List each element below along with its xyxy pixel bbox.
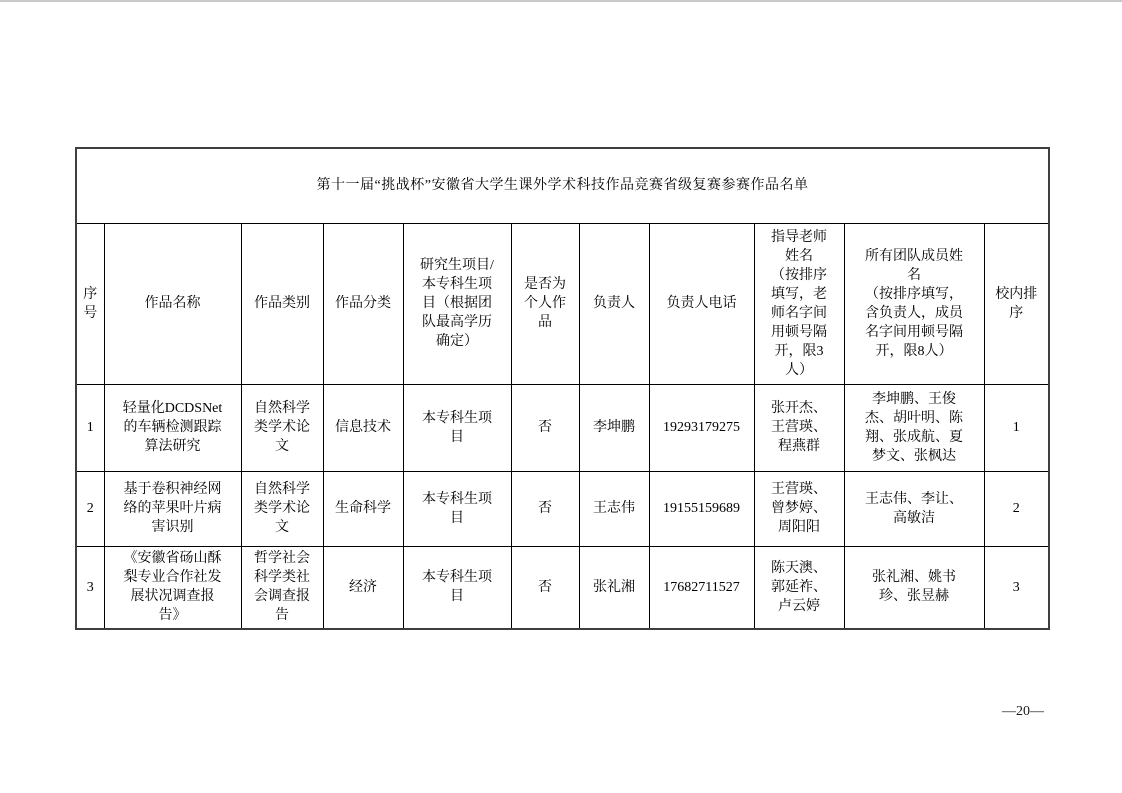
table-row: 1 轻量化DCDSNet的车辆检测跟踪算法研究 自然科学类学术论文 信息技术 本… — [76, 384, 1049, 471]
page-top-divider — [0, 0, 1122, 2]
col-header-individual: 是否为个人作品 — [511, 223, 579, 384]
table-row: 3 《安徽省砀山酥梨专业合作社发展状况调查报告》 哲学社会科学类社会调查报告 经… — [76, 546, 1049, 629]
cell-work-category: 哲学社会科学类社会调查报告 — [241, 546, 323, 629]
col-header-work-category: 作品类别 — [241, 223, 323, 384]
cell-leader-phone: 19293179275 — [649, 384, 754, 471]
cell-members: 李坤鹏、王俊杰、胡叶明、陈翔、张成航、夏梦文、张枫达 — [844, 384, 984, 471]
col-header-advisors: 指导老师姓名 （按排序填写，老师名字间用顿号隔开，限3人） — [754, 223, 844, 384]
cell-project-type: 本专科生项目 — [403, 384, 511, 471]
cell-members: 张礼湘、姚书珍、张昱赫 — [844, 546, 984, 629]
cell-work-name: 轻量化DCDSNet的车辆检测跟踪算法研究 — [104, 384, 241, 471]
cell-members: 王志伟、李让、高敏洁 — [844, 471, 984, 546]
cell-leader: 王志伟 — [579, 471, 649, 546]
cell-leader: 张礼湘 — [579, 546, 649, 629]
col-header-members: 所有团队成员姓名 （按排序填写，含负责人，成员名字间用顿号隔开，限8人） — [844, 223, 984, 384]
col-header-leader-phone: 负责人电话 — [649, 223, 754, 384]
cell-work-name: 《安徽省砀山酥梨专业合作社发展状况调查报告》 — [104, 546, 241, 629]
cell-advisors: 陈天澳、郭延祚、卢云婷 — [754, 546, 844, 629]
cell-seq: 2 — [76, 471, 104, 546]
cell-advisors: 王营瑛、曾梦婷、周阳阳 — [754, 471, 844, 546]
col-header-work-class: 作品分类 — [323, 223, 403, 384]
cell-work-category: 自然科学类学术论文 — [241, 384, 323, 471]
col-header-seq: 序号 — [76, 223, 104, 384]
cell-project-type: 本专科生项目 — [403, 471, 511, 546]
cell-leader-phone: 17682711527 — [649, 546, 754, 629]
col-header-campus-rank: 校内排序 — [984, 223, 1049, 384]
cell-individual: 否 — [511, 384, 579, 471]
cell-work-class: 生命科学 — [323, 471, 403, 546]
document-page: 第十一届“挑战杯”安徽省大学生课外学术科技作品竞赛省级复赛参赛作品名单 序号 作… — [0, 0, 1122, 793]
cell-seq: 1 — [76, 384, 104, 471]
col-header-project-type: 研究生项目/本专科生项目（根据团队最高学历确定） — [403, 223, 511, 384]
cell-campus-rank: 1 — [984, 384, 1049, 471]
cell-leader: 李坤鹏 — [579, 384, 649, 471]
cell-campus-rank: 3 — [984, 546, 1049, 629]
cell-work-category: 自然科学类学术论文 — [241, 471, 323, 546]
table-row: 2 基于卷积神经网络的苹果叶片病害识别 自然科学类学术论文 生命科学 本专科生项… — [76, 471, 1049, 546]
cell-campus-rank: 2 — [984, 471, 1049, 546]
cell-advisors: 张开杰、王营瑛、程燕群 — [754, 384, 844, 471]
cell-work-name: 基于卷积神经网络的苹果叶片病害识别 — [104, 471, 241, 546]
col-header-work-name: 作品名称 — [104, 223, 241, 384]
cell-work-class: 经济 — [323, 546, 403, 629]
cell-project-type: 本专科生项目 — [403, 546, 511, 629]
table-title: 第十一届“挑战杯”安徽省大学生课外学术科技作品竞赛省级复赛参赛作品名单 — [76, 148, 1049, 223]
cell-individual: 否 — [511, 546, 579, 629]
col-header-leader: 负责人 — [579, 223, 649, 384]
cell-work-class: 信息技术 — [323, 384, 403, 471]
entries-table: 第十一届“挑战杯”安徽省大学生课外学术科技作品竞赛省级复赛参赛作品名单 序号 作… — [75, 147, 1050, 630]
cell-seq: 3 — [76, 546, 104, 629]
cell-leader-phone: 19155159689 — [649, 471, 754, 546]
cell-individual: 否 — [511, 471, 579, 546]
page-number: —20— — [1002, 704, 1044, 720]
